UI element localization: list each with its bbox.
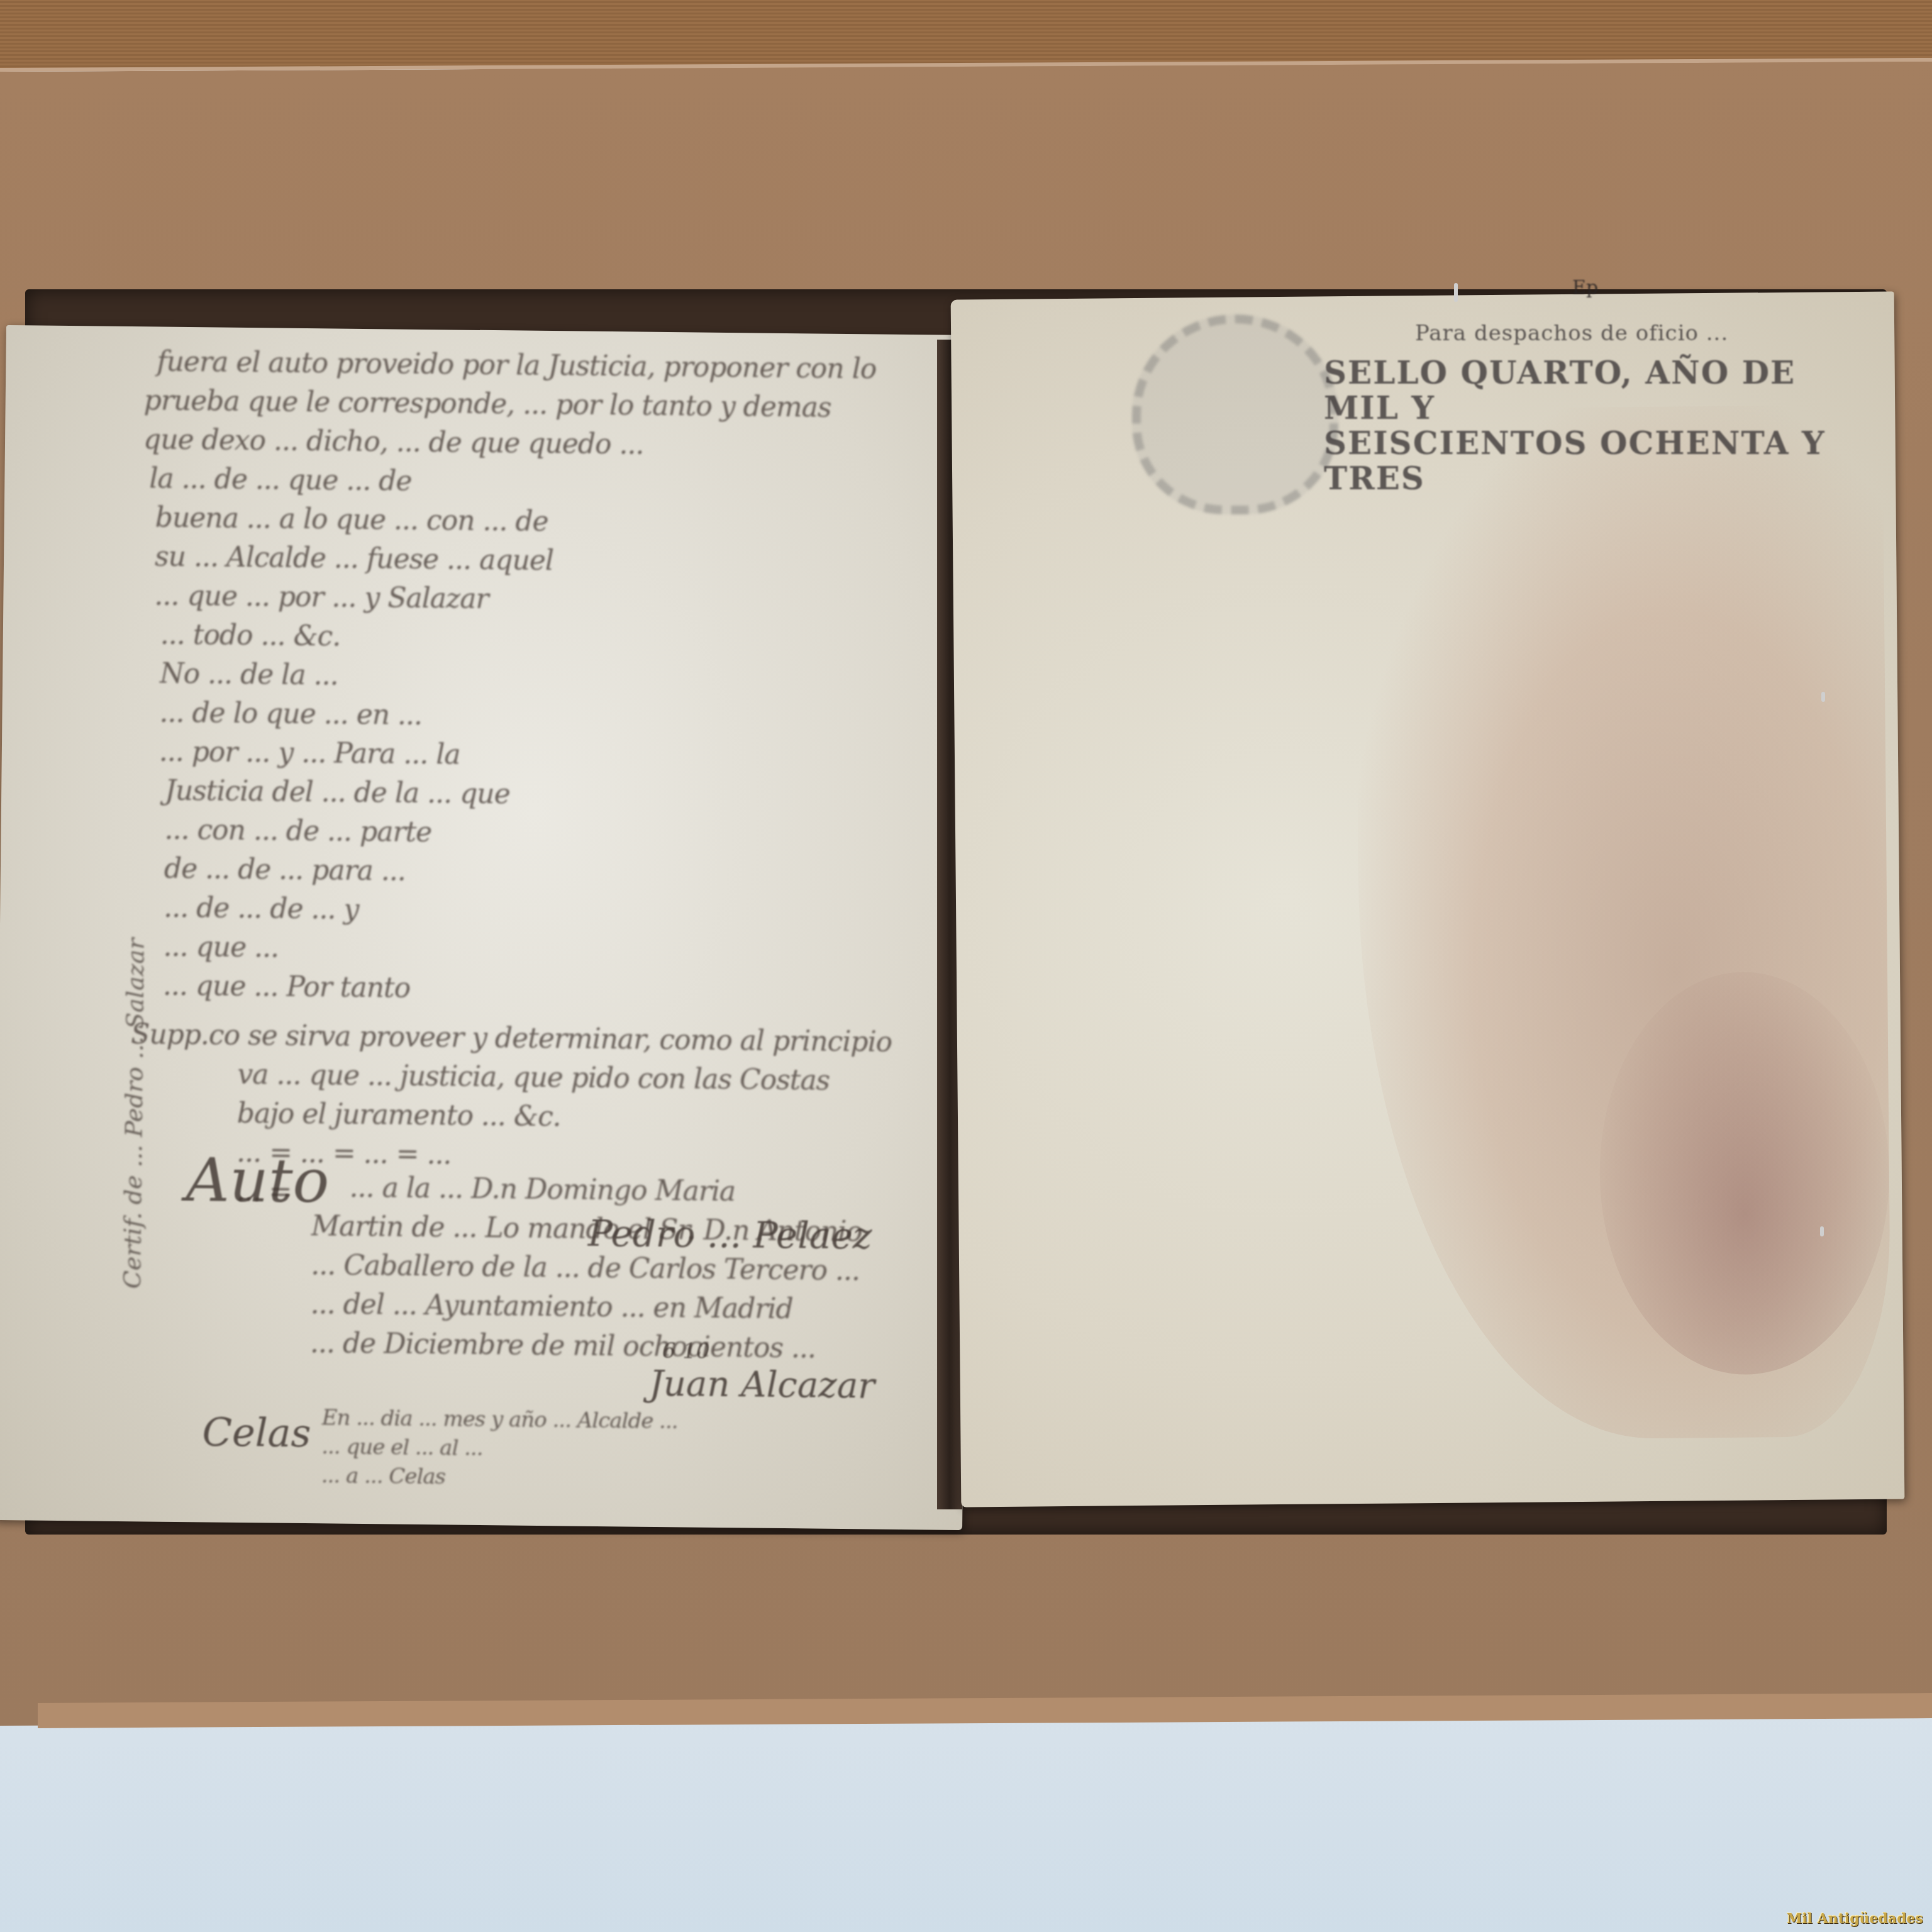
folio-mark: Ep: [1572, 277, 1598, 299]
manuscript-line: de ... de ... para ...: [164, 853, 406, 887]
manuscript-line: fuera el auto proveido por la Justicia, …: [157, 346, 876, 386]
closing-line: ... a ... Celas: [321, 1463, 446, 1489]
stamp-line: SELLO QUARTO, AÑO DE MIL Y: [1324, 355, 1852, 426]
manuscript-left-page: Certif. de ... Pedro ... Salazar fuera e…: [0, 325, 975, 1530]
red-stain: [1598, 971, 1891, 1376]
manuscript-line: su ... Alcalde ... fuese ... aquel: [155, 540, 553, 577]
auto-line: ... del ... Ayuntamiento ... en Madrid: [310, 1288, 792, 1325]
stamp-seal-text: SELLO QUARTO, AÑO DE MIL Y SEISCIENTOS O…: [1324, 355, 1852, 496]
manuscript-line: ... que ... Por tanto: [163, 970, 411, 1004]
stamp-subtitle: Para despachos de oficio ...: [1415, 321, 1728, 346]
closing-heading: Celas: [202, 1409, 311, 1456]
manuscript-line: ... todo ... &c.: [160, 619, 341, 653]
folio-note: 6 10: [662, 1338, 710, 1364]
manuscript-line: que dexo ... dicho, ... de que quedo ...: [143, 423, 644, 460]
manuscript-line: va ... que ... justicia, que pido con la…: [237, 1058, 830, 1097]
manuscript-line: prueba que le corresponde, ... por lo ta…: [143, 384, 831, 423]
manuscript-line: ... que ... por ... y Salazar: [154, 579, 489, 615]
frame-clip: [1820, 1226, 1824, 1236]
manuscript-line: No ... de la ...: [160, 658, 338, 692]
manuscript-line: ... con ... de ... parte: [164, 814, 431, 848]
auto-heading: Auto: [186, 1145, 330, 1216]
auto-line: ... de Diciembre de mil ochocientos ...: [310, 1327, 816, 1364]
frame-clip: [1454, 283, 1458, 302]
manuscript-line: la ... de ... que ... de: [149, 462, 412, 497]
auto-line: ... a la ... D.n Domingo Maria: [349, 1172, 735, 1207]
manuscript-line: bajo el juramento ... &c.: [237, 1097, 561, 1133]
closing-line: ... que el ... al ...: [321, 1434, 483, 1461]
signature-juan-alcazar: Juan Alcazar: [649, 1363, 875, 1407]
auto-line: Martin de ... Lo mando el Sr. D.n Antoni…: [311, 1210, 862, 1248]
frame-clip: [1821, 692, 1825, 702]
manuscript-line: ... que ...: [163, 931, 279, 964]
manuscript-line: Supp.co se sirva proveer y determinar, c…: [131, 1018, 892, 1058]
manuscript-line: buena ... a lo que ... con ... de: [155, 501, 548, 538]
manuscript-line: ... por ... y ... Para ... la: [159, 736, 460, 771]
manuscript-line: ... de lo que ... en ...: [159, 697, 422, 731]
watermark-logo: Mil Antigüedades: [1787, 1911, 1923, 1927]
auto-line: ... Caballero de la ... de Carlos Tercer…: [311, 1249, 860, 1287]
coat-of-arms-seal-icon: [1132, 314, 1338, 514]
manuscript-line: Justicia del ... de la ... que: [165, 775, 510, 811]
stamp-line: SEISCIENTOS OCHENTA Y TRES: [1324, 426, 1852, 496]
manuscript-line: ... de ... de ... y: [164, 892, 359, 926]
closing-line: En ... dia ... mes y año ... Alcalde ...: [322, 1405, 678, 1434]
